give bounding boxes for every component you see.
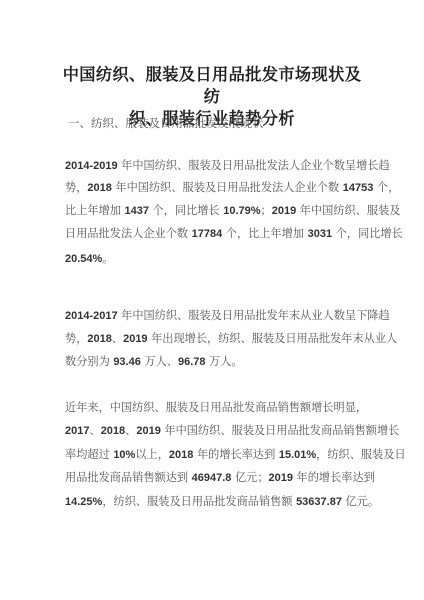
paragraph-line: 20.54%。 (65, 251, 114, 267)
paragraph-line: 2017、2018、2019 年中国纺织、服装及日用品批发商品销售额增长 (65, 423, 399, 439)
numeric-value: 2018 (101, 425, 125, 437)
numeric-value: 14753 (343, 182, 374, 194)
numeric-value: 2014-2019 (65, 160, 118, 172)
numeric-value: 2017 (65, 425, 89, 437)
paragraph-line: 2014-2017 年中国纺织、服装及日用品批发年末从业人数呈下降趋 (65, 308, 390, 324)
paragraph-line: 势，2018 年中国纺织、服装及日用品批发法人企业个数 14753 个， (65, 180, 399, 196)
numeric-value: 10% (113, 449, 135, 461)
paragraph-line: 日用品批发法人企业个数 17784 个，比上年增加 3031 个，同比增长 (65, 226, 403, 242)
numeric-value: 2019 (272, 205, 296, 217)
section-heading: 一、纺织、服装及日用品批发发展现状 (68, 115, 264, 131)
paragraph-line: 14.25%，纺织、服装及日用品批发商品销售额 53637.87 亿元。 (65, 494, 379, 510)
numeric-value: 53637.87 (296, 496, 342, 508)
paragraph-line: 用品批发商品销售额达到 46947.8 亿元；2019 年的增长率达到 (65, 470, 375, 486)
numeric-value: 14.25% (65, 496, 102, 508)
numeric-value: 96.78 (178, 356, 206, 368)
title-line-1: 中国纺织、服装及日用品批发市场现状及纺 (60, 64, 364, 108)
numeric-value: 2014-2017 (65, 310, 118, 322)
numeric-value: 20.54% (65, 253, 102, 265)
numeric-value: 2018 (87, 333, 111, 345)
numeric-value: 2019 (123, 333, 147, 345)
numeric-value: 1437 (125, 205, 149, 217)
numeric-value: 2019 (269, 472, 293, 484)
paragraph-line: 数分别为 93.46 万人、96.78 万人。 (65, 354, 243, 370)
numeric-value: 3031 (308, 228, 332, 240)
numeric-value: 10.79% (223, 205, 260, 217)
paragraph-line: 势，2018、2019 年出现增长，纺织、服装及日用品批发年末从业人 (65, 331, 397, 347)
numeric-value: 15.01% (279, 449, 316, 461)
numeric-value: 17784 (192, 228, 223, 240)
numeric-value: 93.46 (113, 356, 141, 368)
numeric-value: 2018 (87, 182, 111, 194)
paragraph-line: 比上年增加 1437 个，同比增长 10.79%；2019 年中国纺织、服装及 (65, 203, 400, 219)
numeric-value: 2019 (136, 425, 160, 437)
paragraph-line: 2014-2019 年中国纺织、服装及日用品批发法人企业个数呈增长趋 (65, 158, 390, 174)
numeric-value: 46947.8 (192, 472, 232, 484)
paragraph-line: 率均超过 10%以上，2018 年的增长率达到 15.01%，纺织、服装及日 (65, 447, 406, 463)
paragraph-line: 近年来，中国纺织、服装及日用品批发商品销售额增长明显， (65, 400, 367, 416)
numeric-value: 2018 (169, 449, 193, 461)
document-page: 中国纺织、服装及日用品批发市场现状及纺 织、服装行业趋势分析 一、纺织、服装及日… (0, 0, 424, 600)
